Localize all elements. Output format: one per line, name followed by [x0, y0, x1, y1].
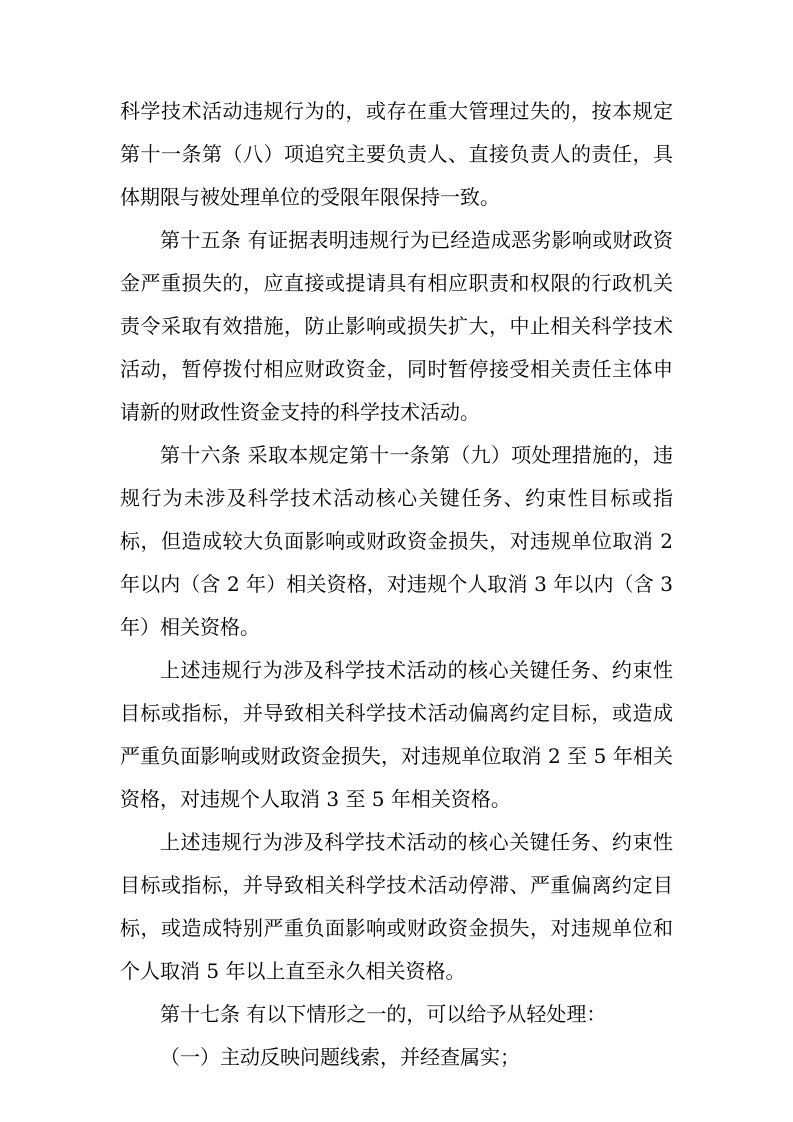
document-paragraph-article-16: 第十六条 采取本规定第十一条第（九）项处理措施的，违规行为未涉及科学技术活动核心… [120, 434, 673, 649]
document-page: 科学技术活动违规行为的，或存在重大管理过失的，按本规定第十一条第（八）项追究主要… [0, 0, 793, 1122]
document-paragraph-article-16-clause-3: 上述违规行为涉及科学技术活动的核心关键任务、约束性目标或指标，并导致相关科学技术… [120, 821, 673, 993]
document-paragraph-continuation: 科学技术活动违规行为的，或存在重大管理过失的，按本规定第十一条第（八）项追究主要… [120, 90, 673, 219]
document-paragraph-article-17-item-1: （一）主动反映问题线索，并经查属实； [120, 1036, 673, 1079]
document-paragraph-article-17: 第十七条 有以下情形之一的，可以给予从轻处理： [120, 993, 673, 1036]
document-paragraph-article-15: 第十五条 有证据表明违规行为已经造成恶劣影响或财政资金严重损失的，应直接或提请具… [120, 219, 673, 434]
document-paragraph-article-16-clause-2: 上述违规行为涉及科学技术活动的核心关键任务、约束性目标或指标，并导致相关科学技术… [120, 649, 673, 821]
